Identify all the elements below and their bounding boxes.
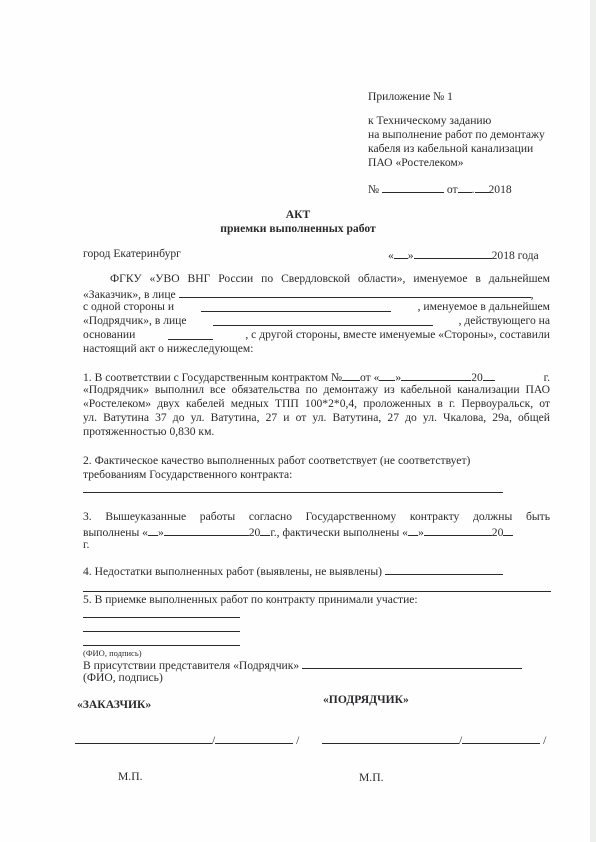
- appendix-month-field[interactable]: [475, 181, 489, 193]
- appendix-line: на выполнение работ по демонтажу: [368, 128, 545, 142]
- intro-line: с одной стороны и, именуемое в дальнейше…: [83, 300, 550, 314]
- planned-year-field[interactable]: [260, 524, 270, 536]
- actual-year-field[interactable]: [503, 524, 513, 536]
- presence-caption: (ФИО, подпись): [83, 671, 163, 685]
- defects-field[interactable]: [385, 563, 503, 575]
- section2-line: требованиям Государственного контракта:: [83, 468, 292, 482]
- intro-text: ФГКУ «УВО ВНГ России по Свердловской обл…: [110, 272, 550, 286]
- section5-line: 5. В приемке выполненных работ по контра…: [83, 593, 418, 607]
- appendix-line: кабеля из кабельной канализации: [368, 142, 533, 156]
- intro-line: настоящий акт о нижеследующем:: [83, 342, 253, 356]
- section1-line: протяженностью 0,830 км.: [83, 425, 214, 439]
- contractor-signature-field[interactable]: [322, 732, 459, 744]
- slash: /: [543, 734, 546, 747]
- slash: /: [296, 734, 299, 747]
- basis-field[interactable]: [168, 328, 213, 340]
- appendix-year: 2018: [489, 183, 512, 196]
- act-subtitle: приемки выполненных работ: [0, 222, 596, 236]
- scan-edge: [590, 0, 596, 842]
- act-day-field[interactable]: [394, 247, 408, 259]
- intro-text: «Подрядчик», в лице: [83, 314, 187, 328]
- act-date: «»2018 года: [388, 247, 539, 263]
- contractor-representative-field[interactable]: [213, 314, 433, 326]
- section3-text: 3. Вышеуказанные работы согласно Государ…: [83, 510, 550, 524]
- section1-text: ул. Ватутина 37 до ул. Ватутина, 27 и от…: [83, 411, 550, 425]
- planned-month-field[interactable]: [164, 524, 249, 536]
- century: 20: [249, 526, 261, 540]
- appendix-line: к Техническому заданию: [368, 114, 491, 128]
- city: город Екатеринбург: [83, 247, 181, 261]
- number-sign: №: [368, 183, 379, 196]
- section1-line: ул. Ватутина 37 до ул. Ватутина, 27 и от…: [83, 411, 550, 425]
- act-year: 2018 года: [492, 249, 539, 262]
- act-month-field[interactable]: [414, 247, 492, 259]
- planned-day-field[interactable]: [148, 524, 158, 536]
- intro-line: основании, с другой стороны, вместе имен…: [83, 328, 550, 342]
- contractor-signature-line: / /: [322, 732, 546, 748]
- document-page: Приложение № 1 к Техническому заданию на…: [0, 0, 590, 842]
- contract-number-field[interactable]: [342, 369, 360, 381]
- contract-month-field[interactable]: [401, 369, 471, 381]
- appendix-title: Приложение № 1: [368, 90, 453, 104]
- section3-text: выполнены «: [83, 526, 148, 540]
- section3-text: г., фактически выполнены «: [270, 526, 408, 540]
- intro-line: «Подрядчик», в лице, действующего на: [83, 314, 550, 328]
- contractor-name-field[interactable]: [462, 732, 540, 744]
- appendix-number-line: № от.2018: [368, 181, 512, 197]
- intro-text: , именуемое в дальнейшем: [418, 300, 550, 314]
- appendix-line: ПАО «Ростелеком»: [368, 156, 464, 170]
- from-label: от: [447, 183, 458, 196]
- section2-line: 2. Фактическое качество выполненных рабо…: [83, 454, 470, 468]
- contractor-name-field[interactable]: [201, 300, 391, 312]
- intro-text: с одной стороны и: [83, 300, 174, 314]
- section1-text: «Подрядчик» выполнил все обязательства п…: [83, 383, 550, 397]
- intro-text: основании: [83, 328, 135, 342]
- actual-day-field[interactable]: [408, 524, 418, 536]
- actual-month-field[interactable]: [424, 524, 492, 536]
- contractor-stamp: М.П.: [359, 771, 383, 785]
- defects-extra-field[interactable]: [83, 591, 551, 592]
- intro-line: ФГКУ «УВО ВНГ России по Свердловской обл…: [110, 272, 550, 286]
- contractor-witness-field[interactable]: [302, 657, 522, 669]
- contract-year-field[interactable]: [483, 369, 495, 381]
- section4-text: 4. Недостатки выполненных работ (выявлен…: [83, 565, 382, 578]
- section3-line: г.: [83, 538, 89, 552]
- section3-line: выполнены «» 20 г., фактически выполнены…: [83, 524, 550, 540]
- customer-label: «ЗАКАЗЧИК»: [77, 698, 151, 712]
- section3-line: 3. Вышеуказанные работы согласно Государ…: [83, 510, 550, 524]
- customer-stamp: М.П.: [118, 770, 142, 784]
- participant-field-2[interactable]: [83, 631, 240, 632]
- appendix-day-field[interactable]: [458, 181, 472, 193]
- section1-line: «Подрядчик» выполнил все обязательства п…: [83, 383, 550, 397]
- contract-day-field[interactable]: [379, 369, 395, 381]
- century: 20: [492, 526, 504, 540]
- section1-line: «Ростелеком» двух кабелей медных ТПП 100…: [83, 397, 550, 411]
- quality-remarks-field[interactable]: [83, 492, 503, 493]
- appendix-number-field[interactable]: [382, 181, 444, 193]
- act-title: АКТ: [0, 208, 596, 222]
- customer-signature-line: / /: [75, 732, 299, 748]
- customer-representative-field[interactable]: [179, 286, 531, 298]
- section4-line: 4. Недостатки выполненных работ (выявлен…: [83, 563, 503, 579]
- section1-text: «Ростелеком» двух кабелей медных ТПП 100…: [83, 397, 550, 411]
- intro-text: , с другой стороны, вместе именуемые «Ст…: [245, 328, 550, 342]
- intro-text: , действующего на: [459, 314, 550, 328]
- contractor-label: «ПОДРЯДЧИК»: [323, 693, 409, 707]
- customer-signature-field[interactable]: [75, 732, 212, 744]
- participant-field-1[interactable]: [83, 617, 240, 618]
- customer-name-field[interactable]: [215, 732, 293, 744]
